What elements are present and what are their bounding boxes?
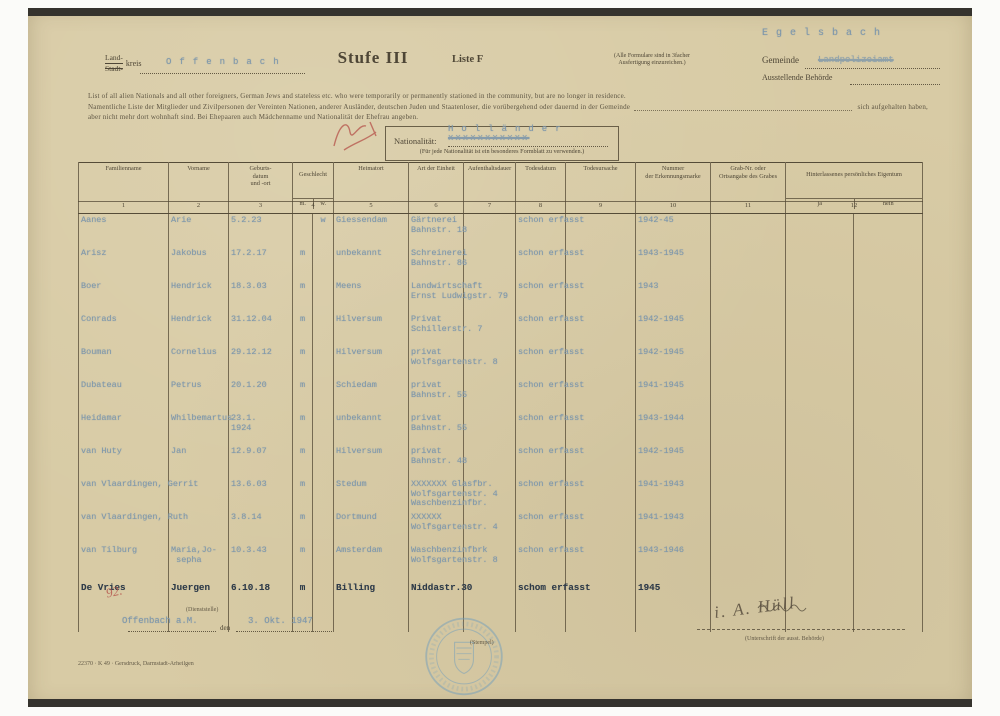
scan-bottom-band <box>28 699 972 707</box>
col-art-der-einheit: Art der Einheit <box>409 163 464 202</box>
kreis-suffix: kreis <box>126 59 142 68</box>
intro-english-line: List of all alien Nationals and all othe… <box>88 91 928 102</box>
intro-paragraph: List of all alien Nationals and all othe… <box>88 91 928 123</box>
scanned-document-page: Land- Stadt- kreis Offenbach Stufe III L… <box>0 0 1000 716</box>
sub-w: w. <box>314 199 334 209</box>
copies-note-line1: (Alle Formulare sind in 3facher <box>583 53 721 60</box>
intro-german-line2: aber nicht mehr dort wohnhaft sind. Bei … <box>88 112 928 123</box>
kreis-dotted-line <box>140 72 305 74</box>
place-line-label: (Dienststelle) <box>186 607 218 614</box>
scan-top-band <box>28 8 972 16</box>
col-heimatort: Heimatort <box>334 163 409 202</box>
table-body: AanesArie5.2.23wGiessendamGärtnerei Bahn… <box>79 214 923 633</box>
nationality-struck-value: xxxxxxxxxxx <box>448 133 529 143</box>
table-row: AriszJakobus17.2.17munbekanntSchreinerei… <box>79 247 923 280</box>
behoerde-dotted-line <box>850 83 940 85</box>
col-aufenthaltsdauer: Aufenthaltsdauer <box>464 163 516 202</box>
gemeinde-dotted-line <box>805 67 940 69</box>
table-row: BoumanCornelius29.12.12mHilversumprivat … <box>79 346 923 379</box>
table-row: DubateauPetrus20.1.20mSchiedamprivat Bah… <box>79 379 923 412</box>
table-row: van HutyJan12.9.07mHilversumprivat Bahns… <box>79 445 923 478</box>
stempel-label: (Stempel) <box>470 640 494 647</box>
col-eigentum: Hinterlassenes persönliches Eigentum ja … <box>786 163 923 202</box>
table-row: BoerHendrick18.3.03mMeensLandwirtschaft … <box>79 280 923 313</box>
col-geschlecht: Geschlecht m. w. <box>293 163 334 202</box>
table-row: van Vlaardingen, Gerrit13.6.03mStedumXXX… <box>79 478 923 511</box>
stadt-label-struck: Stadt- <box>105 64 123 73</box>
col-todesursache: Todesursache <box>566 163 636 202</box>
table-row: van Vlaardingen, Ruth3.8.14mDortmundXXXX… <box>79 511 923 544</box>
eigentum-label: Hinterlassenes persönliches Eigentum <box>786 171 922 179</box>
date-dotted-line <box>236 630 332 632</box>
nationality-box: Nationalität: Holländer xxxxxxxxxxx (Für… <box>385 126 619 161</box>
col-grab-nr: Grab-Nr. oder Ortsangabe des Grabes <box>711 163 786 202</box>
col-erkennungsmarke: Nummer der Erkennungsmarke <box>636 163 711 202</box>
behoerde-label: Ausstellende Behörde <box>762 73 832 82</box>
table-row: ConradsHendrick31.12.04mHilversumPrivat … <box>79 313 923 346</box>
nationality-note: (Für jede Nationalität ist ein besondere… <box>386 148 618 155</box>
copies-note-line2: Ausfertigung einzureichen.) <box>583 60 721 67</box>
signature-label: (Unterschrift der ausst. Behörde) <box>745 636 824 643</box>
col-familienname: Familienname <box>79 163 169 202</box>
nationality-dotted-line <box>448 145 608 147</box>
intro-german-text: Namentliche Liste der Mitglieder und Ziv… <box>88 102 630 113</box>
col-vorname: Vorname <box>169 163 229 202</box>
table-header-row: Familienname Vorname Geburts- datum und … <box>79 163 923 202</box>
geschlecht-label: Geschlecht <box>293 171 333 179</box>
gemeinde-value-struck: Landpolizeiamt <box>818 55 894 65</box>
intro-german-line1: Namentliche Liste der Mitglieder und Ziv… <box>88 102 928 113</box>
printers-imprint: 22370 · K 49 · Gersdruck, Darmstadt-Arhe… <box>78 661 194 668</box>
signature-line <box>697 629 905 630</box>
place-typed: Offenbach a.M. <box>122 616 198 626</box>
date-typed: 3. Okt. 1947 <box>248 616 313 626</box>
gemeinde-typed-egelsbach: Egelsbach <box>762 28 888 39</box>
red-handwriting-scribble <box>326 112 388 156</box>
land-label: Land- <box>105 53 123 64</box>
col-geburtsdatum: Geburts- datum und -ort <box>229 163 293 202</box>
table-row: AanesArie5.2.23wGiessendamGärtnerei Bahn… <box>79 214 923 248</box>
table-row: HeidamarWhilbemartus23.1. 1924munbekannt… <box>79 412 923 445</box>
col-todesdatum: Todesdatum <box>516 163 566 202</box>
official-round-stamp <box>418 614 510 699</box>
sub-nein: nein <box>855 199 923 209</box>
red-pencil-number: 92. <box>105 582 124 601</box>
persons-table: Familienname Vorname Geburts- datum und … <box>78 162 923 632</box>
kreis-label: Land- Stadt- kreis <box>105 53 141 73</box>
sub-ja: ja <box>786 199 855 209</box>
gemeinde-label: Gemeinde <box>762 55 799 65</box>
copies-note: (Alle Formulare sind in 3facher Ausferti… <box>583 53 721 67</box>
table-row: van TilburgMaria,Jo- sepha10.3.43mAmster… <box>79 544 923 577</box>
den-label: den <box>220 624 230 632</box>
nationality-label: Nationalität: <box>394 136 437 146</box>
intro-gemeinde-gap <box>634 110 851 111</box>
place-dotted-line <box>128 630 216 632</box>
intro-german-line1-end: sich aufgehalten haben, <box>858 102 929 113</box>
liste-title: Liste F <box>452 54 483 65</box>
kreis-value-typed: Offenbach <box>166 57 287 67</box>
stufe-title: Stufe III <box>330 48 416 68</box>
